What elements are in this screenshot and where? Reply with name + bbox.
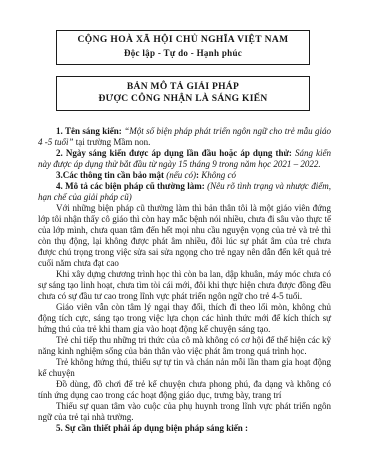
section-1-label: 1. Tên sáng kiến: [56, 126, 124, 136]
paragraph-7: Thiếu sự quan tâm vào cuộc của phụ huynh… [38, 401, 331, 423]
document-page: CỘNG HOÀ XÃ HỘI CHỦ NGHĨA VIỆT NAM Độc l… [0, 0, 366, 473]
section-2-label: 2. Ngày sáng kiến được áp dụng lần đầu h… [56, 148, 295, 158]
paragraph-3: Giáo viên vẫn còn tâm lý ngại thay đổi, … [38, 302, 331, 335]
section-3-label: 3.Các thông tin cần bảo mật [56, 170, 166, 180]
section-3-paren: (nếu có) [166, 170, 196, 180]
section-4-mo-ta-bien-phap-cu: 4. Mô tả các biện pháp cũ thường làm: (N… [38, 181, 331, 203]
national-header-box: CỘNG HOÀ XÃ HỘI CHỦ NGHĨA VIỆT NAM Độc l… [56, 30, 310, 65]
paragraph-5: Trẻ không hứng thú, thiếu sự tự tin và c… [38, 357, 331, 379]
section-5-su-can-thiet: 5. Sự cần thiết phải áp dụng biện pháp s… [38, 423, 331, 434]
document-title-line1: BẢN MÔ TẢ GIẢI PHÁP [59, 81, 307, 93]
paragraph-2: Khi xây dựng chương trình học thì còn ba… [38, 269, 331, 302]
section-4-label: 4. Mô tả các biện pháp cũ thường làm: [56, 181, 207, 191]
section-3-thong-tin-bao-mat: 3.Các thông tin cần bảo mật (nếu có): Kh… [38, 170, 331, 181]
paragraph-4: Trẻ chỉ tiếp thu những tri thức của cô m… [38, 335, 331, 357]
paragraph-6: Đồ dùng, đồ chơi để trẻ kể chuyện chưa p… [38, 379, 331, 401]
document-body: 1. Tên sáng kiến: “Một số biện pháp phát… [38, 126, 331, 434]
section-2-ngay-ap-dung: 2. Ngày sáng kiến được áp dụng lần đầu h… [38, 148, 331, 170]
section-3-value: Không có [201, 170, 236, 180]
paragraph-1: Với những biện pháp cũ thường làm thì bả… [38, 203, 331, 269]
national-motto: Độc lập - Tự do - Hạnh phúc [59, 48, 307, 58]
section-5-label: 5. Sự cần thiết phải áp dụng biện pháp s… [56, 423, 248, 433]
section-1-rest: tại trường Mầm non. [74, 137, 151, 147]
section-1-ten-sang-kien: 1. Tên sáng kiến: “Một số biện pháp phát… [38, 126, 331, 148]
national-title: CỘNG HOÀ XÃ HỘI CHỦ NGHĨA VIỆT NAM [59, 35, 307, 45]
document-title-line2: ĐƯỢC CÔNG NHẬN LÀ SÁNG KIẾN [59, 93, 307, 105]
document-title-box: BẢN MÔ TẢ GIẢI PHÁP ĐƯỢC CÔNG NHẬN LÀ SÁ… [56, 76, 310, 111]
